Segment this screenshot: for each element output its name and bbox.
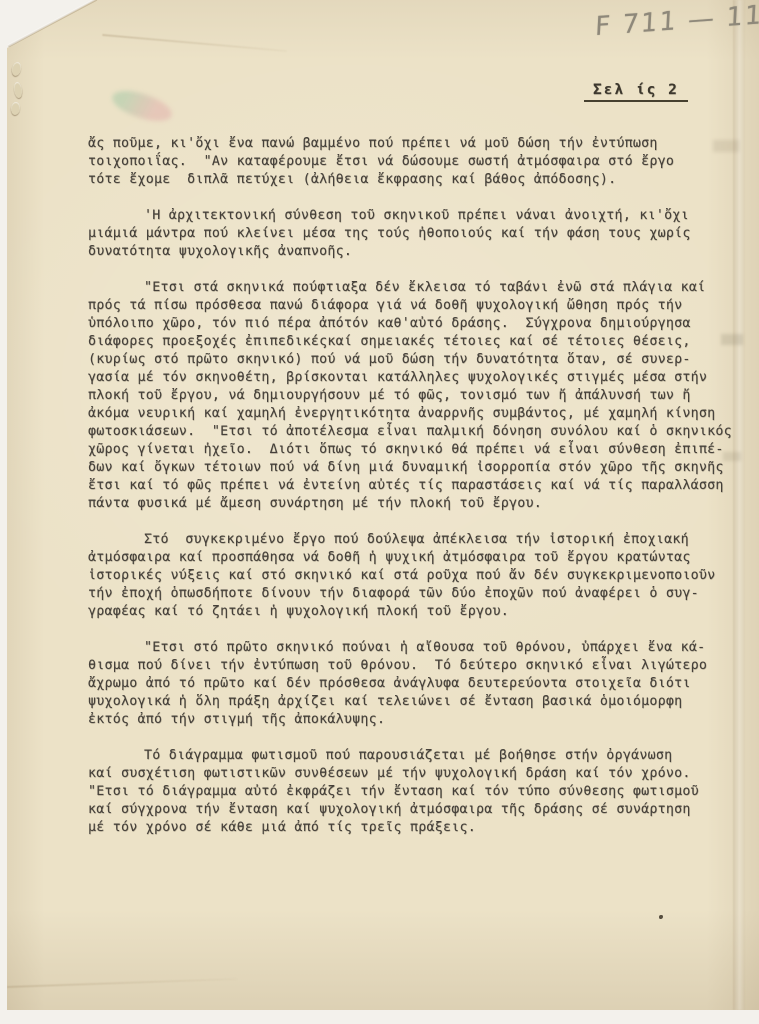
page-number-label: Σελ ίς 2: [584, 82, 688, 102]
scanned-document: F 711 — 11 Σελ ίς 2 ἄς ποῦμε, κι'ὄχι ἔνα…: [0, 0, 759, 1024]
paragraph-5: "Ετσι στό πρῶτο σκηνικό πούναι ἡ αἴθουσα…: [88, 639, 748, 729]
ink-speck: [659, 915, 663, 919]
staple-mark: [9, 60, 27, 118]
typescript-body: ἄς ποῦμε, κι'ὄχι ἔνα πανώ βαμμένο πού πρ…: [88, 135, 748, 855]
paragraph-2: 'Η ἀρχιτεκτονική σύνθεση τοῦ σκηνικοῦ πρ…: [88, 207, 748, 261]
ink-smudge: [109, 85, 175, 127]
paragraph-4: Στό συγκεκριμένο ἔργο πού δούλεψα ἀπέκλε…: [88, 531, 748, 621]
paragraph-3: "Ετσι στά σκηνικά πούφτιαξα δέν ἔκλεισα …: [88, 279, 748, 513]
paper-crease-bottom: [7, 978, 237, 988]
paper-crease-top: [102, 34, 286, 52]
paragraph-6: Τό διάγραμμα φωτισμοῦ πού παρουσιάζεται …: [88, 747, 748, 837]
paragraph-1: ἄς ποῦμε, κι'ὄχι ἔνα πανώ βαμμένο πού πρ…: [88, 135, 748, 189]
